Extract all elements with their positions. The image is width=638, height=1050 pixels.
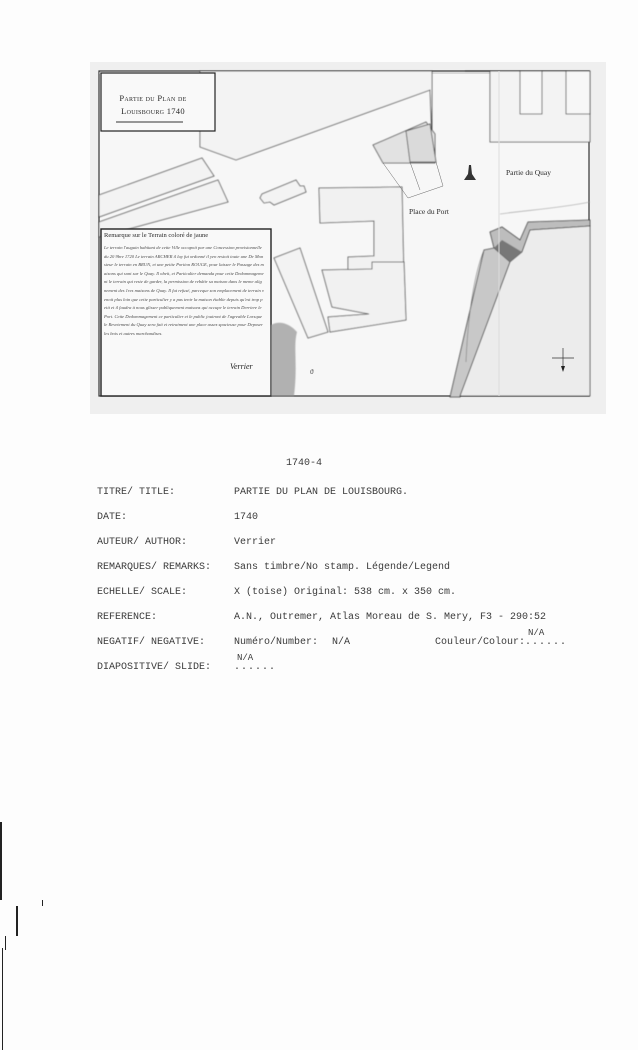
field-label: REFERENCE: bbox=[97, 612, 157, 623]
field-value: X (toise) Original: 538 cm. x 350 cm. bbox=[234, 587, 456, 598]
field-value: Verrier bbox=[234, 537, 276, 548]
negative-colour-label: Couleur/Colour: bbox=[435, 637, 525, 648]
field-label: ECHELLE/ SCALE: bbox=[97, 587, 187, 598]
field-value: N/A...... bbox=[234, 662, 276, 673]
svg-text:ϑ: ϑ bbox=[310, 368, 314, 376]
field-label: DIAPOSITIVE/ SLIDE: bbox=[97, 662, 211, 673]
map-legend-text: Le terrain l'auguin habitant de cette Vi… bbox=[104, 244, 264, 362]
negative-colour-value: N/A...... bbox=[525, 637, 567, 648]
field-value: PARTIE DU PLAN DE LOUISBOURG. bbox=[234, 487, 408, 498]
map-photograph: ϑ Partie du Plan de Louisbourg 1740 Rema… bbox=[90, 62, 606, 414]
map-cartouche-title: Partie du Plan de Louisbourg 1740 bbox=[102, 92, 204, 118]
negative-number-label: Numéro/Number: bbox=[234, 637, 318, 648]
field-label: REMARQUES/ REMARKS: bbox=[97, 562, 211, 573]
scan-edge-mark bbox=[2, 948, 3, 1050]
field-label: TITRE/ TITLE: bbox=[97, 487, 175, 498]
field-label: AUTEUR/ AUTHOR: bbox=[97, 537, 187, 548]
scan-edge-mark bbox=[16, 906, 18, 936]
field-label: DATE: bbox=[97, 512, 127, 523]
field-value: 1740 bbox=[234, 512, 258, 523]
negative-colour: Couleur/Colour:N/A...... bbox=[435, 637, 567, 648]
map-label-place-du-port: Place du Port bbox=[409, 207, 449, 216]
map-legend-title: Remarque sur le Terrain coloré de jaune bbox=[104, 232, 264, 239]
scan-edge-mark bbox=[5, 936, 6, 950]
reference-number: 1740-4 bbox=[286, 458, 322, 469]
scan-edge-mark bbox=[42, 900, 43, 906]
field-label: NEGATIF/ NEGATIVE: bbox=[97, 637, 205, 648]
slide-value: N/A...... bbox=[234, 662, 276, 673]
scan-edge-mark bbox=[0, 822, 2, 900]
field-value: A.N., Outremer, Atlas Moreau de S. Mery,… bbox=[234, 612, 546, 623]
field-value: Numéro/Number: N/A bbox=[234, 637, 350, 648]
map-label-partie-du-quay: Partie du Quay bbox=[506, 168, 551, 177]
negative-number-value: N/A bbox=[332, 637, 350, 648]
field-value: Sans timbre/No stamp. Légende/Legend bbox=[234, 562, 450, 573]
map-signature: Verrier bbox=[230, 362, 253, 371]
